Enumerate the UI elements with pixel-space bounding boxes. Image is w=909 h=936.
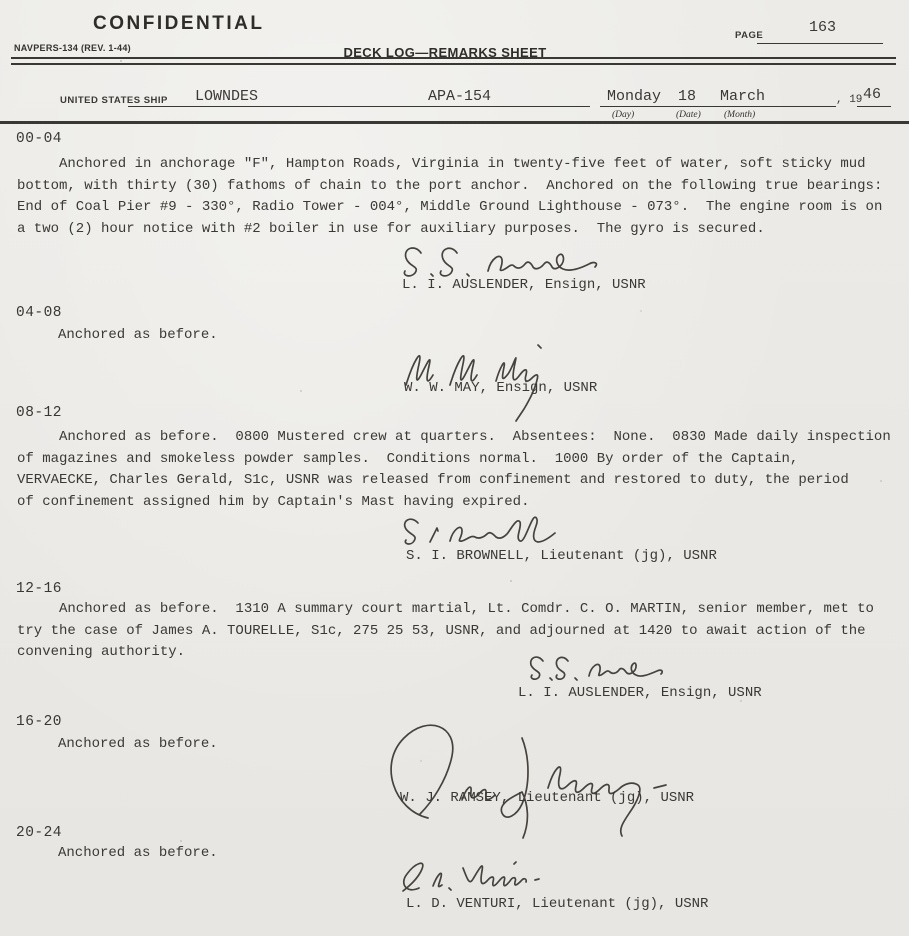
handwritten-signature-venturi xyxy=(393,852,568,900)
scan-noise-speckles xyxy=(120,60,122,62)
page-number-underline xyxy=(757,43,883,44)
signature-typed-name: L. I. AUSLENDER, Ensign, USNR xyxy=(402,277,646,293)
header-heavy-rule xyxy=(0,121,909,124)
signature-typed-name: L. I. AUSLENDER, Ensign, USNR xyxy=(518,685,762,701)
log-entry-text: Anchored in anchorage "F", Hampton Roads… xyxy=(17,154,897,240)
signature-typed-name: W. J. RAMSEY, Lieutenant (jg), USNR xyxy=(400,790,694,806)
day-value: Monday xyxy=(607,88,661,105)
month-caption: (Month) xyxy=(724,110,755,120)
signature-typed-name: W. W. MAY, Ensign, USNR xyxy=(404,380,597,396)
date-caption: (Date) xyxy=(676,110,701,120)
watch-period-label: 12-16 xyxy=(16,581,62,597)
watch-period-label: 00-04 xyxy=(16,131,62,147)
signature-typed-name: L. D. VENTURI, Lieutenant (jg), USNR xyxy=(406,896,708,912)
date-underline xyxy=(600,106,836,107)
watch-period-label: 20-24 xyxy=(16,825,62,841)
year-value: 46 xyxy=(863,86,881,103)
page-label: PAGE xyxy=(735,30,763,41)
header-double-rule xyxy=(11,57,896,65)
log-entry-text: Anchored as before. 0800 Mustered crew a… xyxy=(17,427,897,513)
year-prefix: , 19 xyxy=(836,94,862,106)
watch-period-label: 04-08 xyxy=(16,305,62,321)
hull-number: APA-154 xyxy=(428,88,491,105)
log-entry-text: Anchored as before. xyxy=(58,327,218,343)
watch-period-label: 08-12 xyxy=(16,405,62,421)
form-number: NAVPERS-134 (REV. 1-44) xyxy=(14,43,131,53)
log-entry-text: Anchored as before. xyxy=(58,845,218,861)
log-entry-text: Anchored as before. 1310 A summary court… xyxy=(17,599,897,664)
month-value: March xyxy=(720,88,765,105)
handwritten-signature-brownell xyxy=(396,511,596,551)
handwritten-signature-ramsey xyxy=(370,716,680,841)
log-entry-text: Anchored as before. xyxy=(58,736,218,752)
page-number: 163 xyxy=(765,19,880,36)
ship-name: LOWNDES xyxy=(195,88,258,105)
date-value: 18 xyxy=(678,88,696,105)
handwritten-signature-auslender xyxy=(393,240,608,282)
watch-period-label: 16-20 xyxy=(16,714,62,730)
signature-typed-name: S. I. BROWNELL, Lieutenant (jg), USNR xyxy=(406,548,717,564)
day-caption: (Day) xyxy=(612,110,634,120)
ship-name-underline xyxy=(128,106,590,107)
classification-stamp: CONFIDENTIAL xyxy=(93,13,264,35)
deck-log-sheet: CONFIDENTIAL NAVPERS-134 (REV. 1-44) DEC… xyxy=(0,0,909,936)
year-underline xyxy=(857,106,891,107)
ship-label: UNITED STATES SHIP xyxy=(60,95,168,106)
